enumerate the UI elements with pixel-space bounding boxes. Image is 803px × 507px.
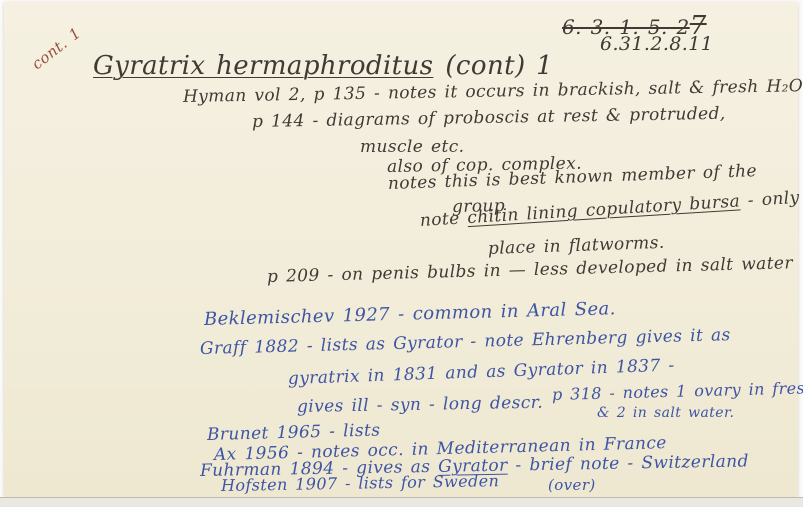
note-muscle: muscle etc.: [360, 138, 464, 157]
title-suffix: (cont) 1: [445, 51, 553, 81]
scan-bottom-edge: [0, 497, 803, 507]
bursa-note-pre: note: [419, 208, 468, 231]
species-title: Gyratrix hermaphroditus(cont) 1: [93, 52, 553, 81]
note-graff-syn: gives ill - syn - long descr.: [297, 394, 543, 417]
scanned-index-card: 6. 3. 1. 5. 27 6.31.2.8.11 cont. 1 Gyrat…: [0, 0, 803, 507]
bursa-note-post: - only: [739, 188, 800, 212]
catalog-number: 6.31.2.8.11: [600, 34, 713, 55]
note-p318-cont: & 2 in salt water.: [597, 406, 734, 421]
species-name: Gyratrix hermaphroditus: [93, 51, 433, 81]
fuhrman-note-post: - brief note - Switzerland: [507, 451, 749, 475]
over-note: (over): [548, 477, 596, 494]
